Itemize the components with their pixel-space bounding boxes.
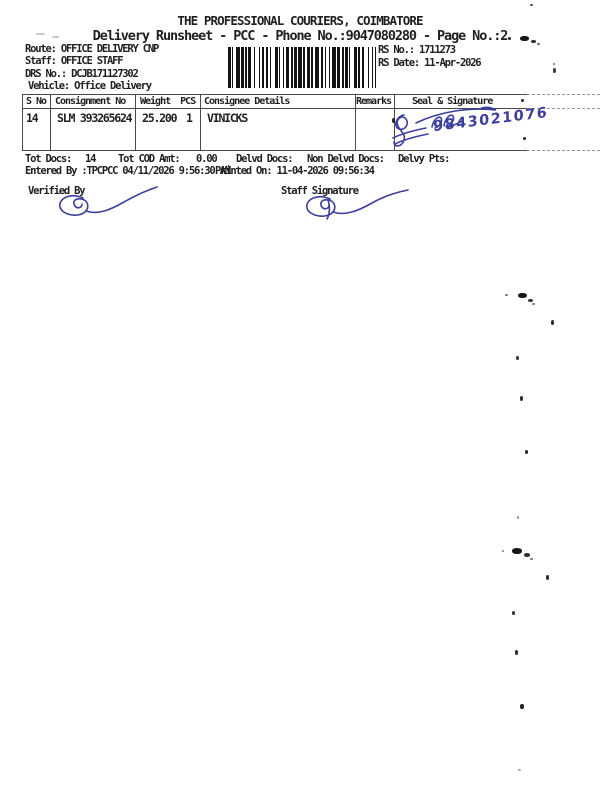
scan-speck <box>532 303 535 305</box>
scan-speck <box>515 650 518 655</box>
rs-date-line: RS Date: 11-Apr-2026 <box>378 57 480 69</box>
staff-signature <box>296 186 411 226</box>
row-consignment-no: SLM 393265624 <box>57 111 131 125</box>
barcode-bar <box>375 47 376 88</box>
tot-docs-label: Tot Docs: <box>25 153 71 165</box>
scan-speck <box>537 43 540 45</box>
row-sno: 14 <box>26 111 37 125</box>
delvy-pts-label: Delvy Pts: <box>398 153 449 165</box>
row-weight: 25.200 <box>142 111 176 125</box>
route-line: Route: OFFICE DELIVERY CNP <box>25 43 158 55</box>
scan-speck <box>508 37 511 40</box>
tot-cod-value: 0.00 <box>196 153 217 165</box>
table-column-line <box>200 94 201 150</box>
table-top-border-faded <box>527 94 600 95</box>
scan-speck <box>520 704 524 709</box>
vehicle-line: Vehicle: Office Delivery <box>28 80 151 92</box>
table-bottom-border-faded <box>527 150 600 151</box>
scan-speck <box>502 550 504 552</box>
table-top-border <box>22 94 527 95</box>
table-header-sno: S No <box>26 96 46 107</box>
barcode-icon <box>228 47 376 88</box>
scan-speck <box>520 396 523 401</box>
scan-speck <box>521 99 524 102</box>
scan-speck <box>505 294 508 296</box>
scan-speck <box>516 356 519 360</box>
entered-by-line: Entered By :TPCPCC 04/11/2026 9:56:30 AM <box>25 165 230 177</box>
verified-by-signature <box>50 184 160 226</box>
scan-speck <box>531 40 536 43</box>
table-header-consignee: Consignee Details <box>204 96 289 107</box>
scan-speck <box>553 63 555 65</box>
scan-speck <box>553 68 556 73</box>
scan-speck <box>528 299 533 302</box>
scan-speck <box>523 137 526 140</box>
staff-line: Staff: OFFICE STAFF <box>25 55 122 67</box>
drs-no-line: DRS No.: DCJB171127302 <box>25 68 138 80</box>
scan-speck <box>518 769 521 771</box>
scan-speck <box>517 516 519 519</box>
table-header-consignment: Consignment No <box>55 96 125 107</box>
table-column-line <box>22 94 23 150</box>
scan-speck <box>518 293 527 298</box>
runsheet-page: THE PROFESSIONAL COURIERS, COIMBATORE De… <box>0 0 600 800</box>
scan-speck <box>524 553 530 557</box>
table-header-weight-pcs: Weight PCS <box>140 96 195 107</box>
scan-speck <box>530 4 533 6</box>
page-title: THE PROFESSIONAL COURIERS, COIMBATORE <box>0 13 600 28</box>
rs-no-line: RS No.: 1711273 <box>378 44 455 56</box>
scan-speck <box>392 118 395 123</box>
scan-speck <box>530 558 533 560</box>
tot-docs-value: 14 <box>85 153 95 165</box>
scan-speck <box>546 575 549 580</box>
page-subtitle: Delivery Runsheet - PCC - Phone No.:9047… <box>0 28 600 44</box>
table-column-line <box>135 94 136 150</box>
scan-speck <box>520 36 529 41</box>
row-pcs: 1 <box>186 111 192 125</box>
row-consignee: VINICKS <box>207 111 247 125</box>
tot-cod-label: Tot COD Amt: <box>118 153 179 165</box>
table-column-line <box>50 94 51 150</box>
scan-speck <box>551 320 554 325</box>
scan-speck <box>512 548 522 554</box>
printed-on-line: Printed On: 11-04-2026 09:56:34 <box>215 165 374 177</box>
scan-speck <box>512 611 515 615</box>
delvd-docs-label: Delvd Docs: <box>236 153 292 165</box>
non-delvd-docs-label: Non Delvd Docs: <box>307 153 384 165</box>
scan-speck <box>525 450 528 454</box>
